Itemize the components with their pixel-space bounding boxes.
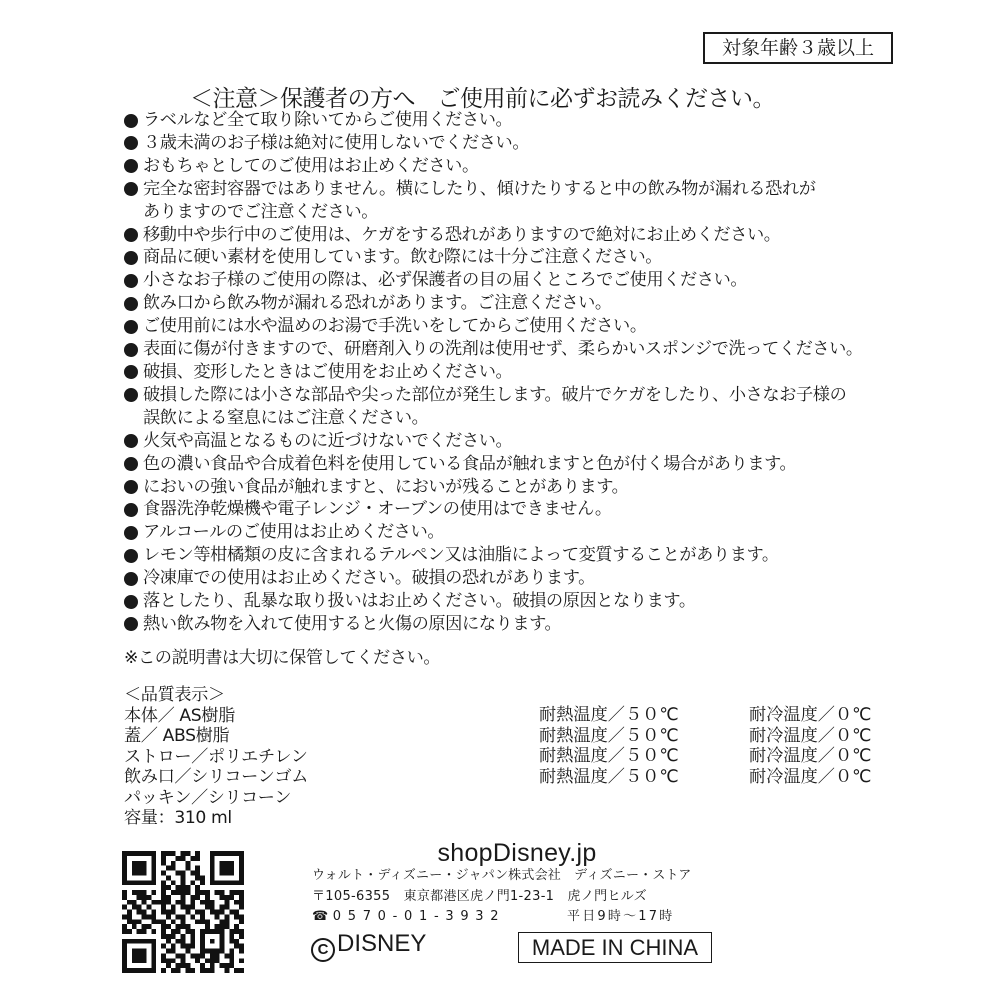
- caution-item: 色の濃い食品や合成着色料を使用している食品が触れますと色が付く場合があります。: [124, 453, 924, 476]
- caution-text: アルコールのご使用はお止めください。: [143, 522, 444, 542]
- caution-item: アルコールのご使用はお止めください。: [124, 521, 924, 544]
- qr-code-icon: [122, 851, 244, 973]
- bullet-icon: [124, 434, 138, 448]
- country-of-origin-badge: MADE IN CHINA: [518, 932, 712, 963]
- phone-row: ☎ 0570-01-3932 平日9時～17時: [312, 907, 692, 928]
- bullet-icon: [124, 114, 138, 128]
- bullet-icon: [124, 526, 138, 540]
- caution-item: 火気や高温となるものに近づけないでください。: [124, 430, 924, 453]
- caution-text: においの強い食品が触れますと、においが残ることがあります。: [143, 477, 628, 497]
- caution-text: おもちゃとしてのご使用はお止めください。: [143, 156, 479, 176]
- business-hours: 平日9時～17時: [567, 907, 674, 927]
- cold-resistance-column: 耐冷温度／０℃ 耐冷温度／０℃ 耐冷温度／０℃ 耐冷温度／０℃: [749, 705, 871, 787]
- caution-item: 落としたり、乱暴な取り扱いはお止めください。破損の原因となります。: [124, 590, 924, 613]
- bullet-icon: [124, 365, 138, 379]
- bullet-icon: [124, 595, 138, 609]
- quality-label-section: ＜品質表示＞ 本体／ AS樹脂 蓋／ ABS樹脂 ストロー／ポリエチレン 飲み口…: [124, 685, 308, 829]
- material-spout: 飲み口／シリコーンゴム: [124, 767, 308, 788]
- bullet-icon: [124, 503, 138, 517]
- caution-item: 商品に硬い素材を使用しています。飲む際には十分ご注意ください。: [124, 246, 924, 269]
- phone-number: 0570-01-3932: [333, 909, 506, 924]
- caution-text: ラベルなど全て取り除いてからご使用ください。: [143, 110, 512, 130]
- bullet-icon: [124, 251, 138, 265]
- caution-text: 食器洗浄乾燥機や電子レンジ・オーブンの使用はできません。: [143, 499, 612, 519]
- bullet-icon: [124, 549, 138, 563]
- caution-text: ご使用前には水や温めのお湯で手洗いをしてからご使用ください。: [143, 316, 647, 336]
- caution-item: 破損、変形したときはご使用をお止めください。: [124, 361, 924, 384]
- caution-item: ３歳未満のお子様は絶対に使用しないでください。: [124, 132, 924, 155]
- caution-text: 小さなお子様のご使用の際は、必ず保護者の目の届くところでご使用ください。: [143, 270, 747, 290]
- bullet-icon: [124, 457, 138, 471]
- caution-text: 商品に硬い素材を使用しています。飲む際には十分ご注意ください。: [143, 247, 662, 267]
- caution-item: 小さなお子様のご使用の際は、必ず保護者の目の届くところでご使用ください。: [124, 269, 924, 292]
- bullet-icon: [124, 274, 138, 288]
- bullet-icon: [124, 228, 138, 242]
- caution-item: 飲み口から飲み物が漏れる恐れがあります。ご注意ください。: [124, 292, 924, 315]
- company-name: ウォルト・ディズニー・ジャパン株式会社 ディズニー・ストア: [312, 866, 692, 887]
- caution-text: 破損した際には小さな部品や尖った部位が発生します。破片でケガをしたり、小さなお子…: [143, 385, 846, 405]
- cold-resistance: 耐冷温度／０℃: [749, 746, 871, 767]
- caution-text: 色の濃い食品や合成着色料を使用している食品が触れますと色が付く場合があります。: [143, 454, 796, 474]
- heat-resistance: 耐熱温度／５０℃: [539, 746, 679, 767]
- copyright: CDISNEY: [311, 929, 426, 962]
- bullet-icon: [124, 617, 138, 631]
- caution-text-continued: ありますのでご注意ください。: [143, 201, 924, 224]
- caution-text: 落としたり、乱暴な取り扱いはお止めください。破損の原因となります。: [143, 591, 696, 611]
- caution-text: 冷凍庫での使用はお止めください。破損の恐れがあります。: [143, 568, 595, 588]
- caution-item: においの強い食品が触れますと、においが残ることがあります。: [124, 476, 924, 499]
- caution-item: 熱い飲み物を入れて使用すると火傷の原因になります。: [124, 613, 924, 636]
- bullet-icon: [124, 388, 138, 402]
- heat-resistance: 耐熱温度／５０℃: [539, 767, 679, 788]
- caution-item: おもちゃとしてのご使用はお止めください。: [124, 155, 924, 178]
- bullet-icon: [124, 297, 138, 311]
- heat-resistance: 耐熱温度／５０℃: [539, 705, 679, 726]
- copyright-owner: DISNEY: [337, 930, 426, 957]
- cold-resistance: 耐冷温度／０℃: [749, 767, 871, 788]
- age-rating-badge: 対象年齢３歳以上: [703, 32, 893, 64]
- material-body: 本体／ AS樹脂: [124, 706, 308, 727]
- bullet-icon: [124, 343, 138, 357]
- copyright-icon: C: [311, 938, 335, 962]
- cold-resistance: 耐冷温度／０℃: [749, 705, 871, 726]
- qr-code[interactable]: [122, 851, 244, 973]
- caution-item: 完全な密封容器ではありません。横にしたり、傾けたりすると中の飲み物が漏れる恐れが…: [124, 178, 924, 224]
- caution-text: レモン等柑橘類の皮に含まれるテルペン又は油脂によって変質することがあります。: [143, 545, 779, 565]
- quality-header: ＜品質表示＞: [124, 685, 308, 706]
- company-info: ウォルト・ディズニー・ジャパン株式会社 ディズニー・ストア 〒105-6355 …: [312, 866, 692, 928]
- caution-item: 表面に傷が付きますので、研磨剤入りの洗剤は使用せず、柔らかいスポンジで洗ってくだ…: [124, 338, 924, 361]
- caution-text: 完全な密封容器ではありません。横にしたり、傾けたりすると中の飲み物が漏れる恐れが: [143, 179, 816, 199]
- caution-text: 破損、変形したときはご使用をお止めください。: [143, 362, 512, 382]
- caution-item: ラベルなど全て取り除いてからご使用ください。: [124, 109, 924, 132]
- caution-text: 熱い飲み物を入れて使用すると火傷の原因になります。: [143, 614, 561, 634]
- material-lid: 蓋／ ABS樹脂: [124, 726, 308, 747]
- caution-text: 飲み口から飲み物が漏れる恐れがあります。ご注意ください。: [143, 293, 612, 313]
- cold-resistance: 耐冷温度／０℃: [749, 726, 871, 747]
- caution-item: レモン等柑橘類の皮に含まれるテルペン又は油脂によって変質することがあります。: [124, 544, 924, 567]
- heat-resistance: 耐熱温度／５０℃: [539, 726, 679, 747]
- bullet-icon: [124, 159, 138, 173]
- caution-list: ラベルなど全て取り除いてからご使用ください。 ３歳未満のお子様は絶対に使用しない…: [124, 109, 924, 636]
- caution-text: 火気や高温となるものに近づけないでください。: [143, 431, 512, 451]
- caution-text-continued: 誤飲による窒息にはご注意ください。: [143, 407, 924, 430]
- caution-text: ３歳未満のお子様は絶対に使用しないでください。: [143, 133, 529, 153]
- caution-item: 移動中や歩行中のご使用は、ケガをする恐れがありますので絶対にお止めください。: [124, 224, 924, 247]
- heat-resistance-column: 耐熱温度／５０℃ 耐熱温度／５０℃ 耐熱温度／５０℃ 耐熱温度／５０℃: [539, 705, 679, 787]
- material-straw: ストロー／ポリエチレン: [124, 747, 308, 768]
- caution-item: 冷凍庫での使用はお止めください。破損の恐れがあります。: [124, 567, 924, 590]
- bullet-icon: [124, 480, 138, 494]
- phone-icon: ☎: [312, 909, 328, 924]
- material-gasket: パッキン／シリコーン: [124, 788, 308, 809]
- company-address: 〒105-6355 東京都港区虎ノ門1-23-1 虎ノ門ヒルズ: [312, 887, 692, 908]
- keep-instructions-note: ※この説明書は大切に保管してください。: [124, 647, 440, 670]
- bullet-icon: [124, 182, 138, 196]
- shop-url[interactable]: shopDisney.jp: [392, 838, 642, 868]
- bullet-icon: [124, 136, 138, 150]
- bullet-icon: [124, 320, 138, 334]
- caution-item: ご使用前には水や温めのお湯で手洗いをしてからご使用ください。: [124, 315, 924, 338]
- caution-text: 表面に傷が付きますので、研磨剤入りの洗剤は使用せず、柔らかいスポンジで洗ってくだ…: [143, 339, 863, 359]
- capacity: 容量：310 ml: [124, 808, 308, 829]
- caution-item: 食器洗浄乾燥機や電子レンジ・オーブンの使用はできません。: [124, 498, 924, 521]
- bullet-icon: [124, 572, 138, 586]
- caution-text: 移動中や歩行中のご使用は、ケガをする恐れがありますので絶対にお止めください。: [143, 225, 781, 245]
- caution-item: 破損した際には小さな部品や尖った部位が発生します。破片でケガをしたり、小さなお子…: [124, 384, 924, 430]
